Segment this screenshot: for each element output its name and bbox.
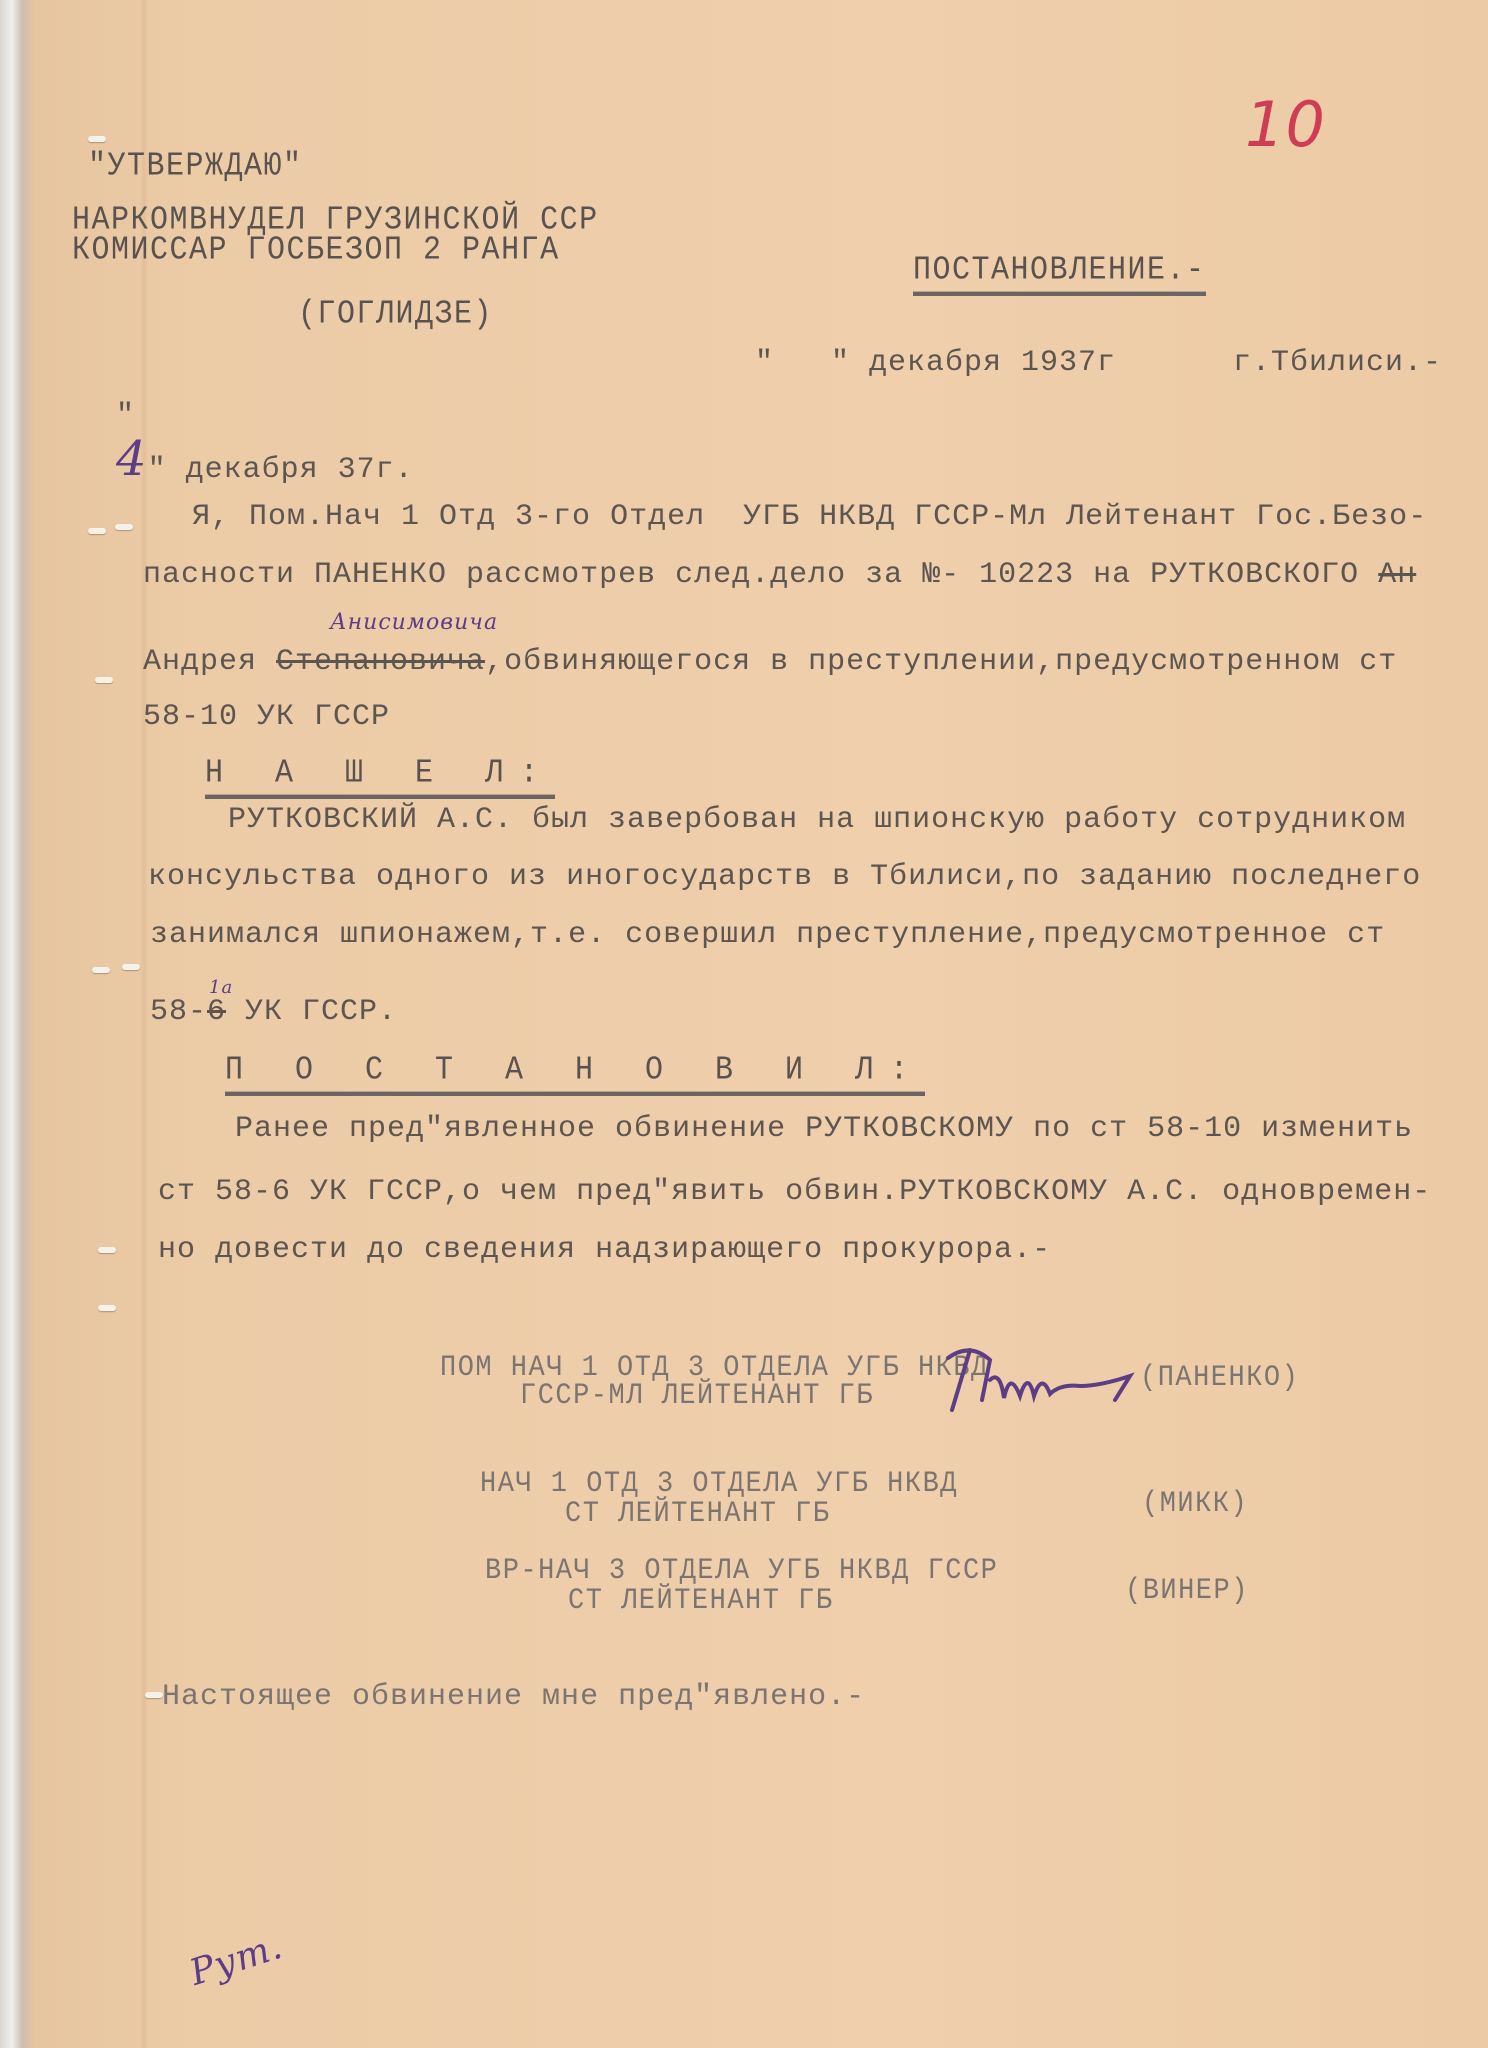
- struck-article: 6: [207, 995, 226, 1029]
- staple-hole: [98, 1247, 116, 1253]
- signatory-2-name: (МИКК): [1142, 1488, 1248, 1521]
- intro-line-3: Андрея Степановича,обвиняющегося в прест…: [143, 645, 1397, 679]
- document-place: г.Тбилиси.-: [1233, 346, 1442, 380]
- staple-hole: [95, 677, 113, 683]
- signature-paneko: [930, 1340, 1150, 1420]
- approval-heading: "УТВЕРЖДАЮ": [88, 148, 303, 185]
- signatory-2-title-line-2: СТ ЛЕЙТЕНАНТ ГБ: [565, 1498, 831, 1531]
- signatory-2-title-line-1: НАЧ 1 ОТД 3 ОТДЕЛА УГБ НКВД: [480, 1468, 958, 1501]
- staple-hole: [145, 1692, 163, 1698]
- found-line-4: 58-61а УК ГССР.: [150, 995, 397, 1029]
- resolved-line-2: ст 58-6 УК ГССР,о чем пред"явить обвин.Р…: [158, 1175, 1431, 1209]
- struck-patronymic: Степановича: [276, 645, 485, 679]
- signatory-3-title-line-1: ВР-НАЧ 3 ОТДЕЛА УГБ НКВД ГССР: [485, 1555, 998, 1588]
- signatory-3-name: (ВИНЕР): [1125, 1575, 1249, 1608]
- paper-fold: [140, 0, 148, 2048]
- found-line-2: консульства одного из иногосударств в Тб…: [148, 860, 1421, 894]
- resolved-line-1: Ранее пред"явленное обвинение РУТКОВСКОМ…: [235, 1112, 1413, 1146]
- staple-hole: [92, 967, 110, 973]
- approval-date: " 4" декабря 37г.: [78, 365, 414, 489]
- found-heading: Н А Ш Е Л:: [205, 755, 555, 799]
- found-line-3: занимался шпионажем,т.е. совершил престу…: [150, 918, 1385, 952]
- acknowledgement-line: Настоящее обвинение мне пред"явлено.-: [162, 1680, 865, 1714]
- intro-line-1: Я, Пом.Нач 1 Отд 3-го Отдел УГБ НКВД ГСС…: [192, 500, 1427, 534]
- handwritten-article-correction: 1а: [209, 977, 233, 998]
- found-line-1: РУТКОВСКИЙ А.С. был завербован на шпионс…: [228, 803, 1406, 837]
- document-title: ПОСТАНОВЛЕНИЕ.-: [913, 252, 1206, 296]
- struck-text: Ан: [1378, 558, 1416, 592]
- signatory-3-title-line-2: СТ ЛЕЙТЕНАНТ ГБ: [568, 1585, 834, 1618]
- approval-line-2: КОМИССАР ГОСБЕЗОП 2 РАНГА: [72, 232, 560, 269]
- resolved-line-3: но довести до сведения надзирающего прок…: [158, 1233, 1051, 1267]
- staple-hole: [122, 964, 140, 970]
- signatory-1-name: (ПАНЕНКО): [1140, 1362, 1299, 1395]
- document-date: " " декабря 1937г: [755, 346, 1116, 380]
- signatory-1-title-line-2: ГССР-МЛ ЛЕЙТЕНАНТ ГБ: [520, 1380, 874, 1413]
- handwritten-day: 4: [116, 431, 148, 487]
- staple-hole: [115, 524, 133, 530]
- intro-line-4: 58-10 УК ГССР: [143, 700, 390, 734]
- staple-hole: [88, 528, 106, 534]
- page-number: 10: [1245, 88, 1326, 161]
- staple-hole: [98, 1305, 116, 1311]
- intro-line-2: пасности ПАНЕНКО рассмотрев след.дело за…: [143, 558, 1416, 592]
- approval-name: (ГОГЛИДЗЕ): [298, 296, 493, 333]
- handwritten-patronymic-correction: Анисимовича: [330, 610, 498, 635]
- resolved-heading: П О С Т А Н О В И Л:: [225, 1052, 925, 1096]
